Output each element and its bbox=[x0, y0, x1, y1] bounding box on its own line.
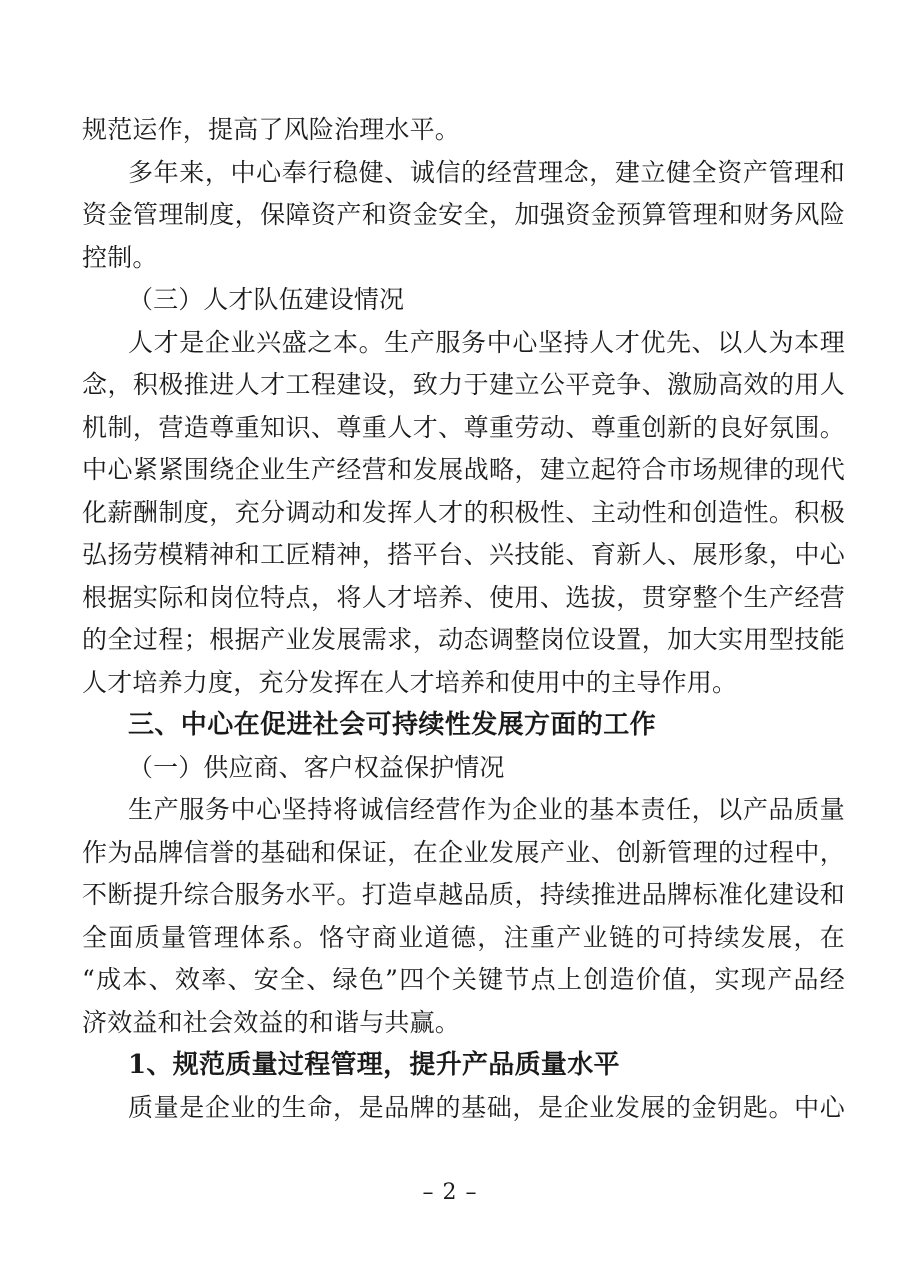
document-page: 规范运作，提高了风险治理水平。 多年来，中心奉行稳健、诚信的经营理念，建立健全资… bbox=[0, 0, 900, 1273]
text-line: 的全过程；根据产业发展需求，动态调整岗位设置，加大实用型技能 bbox=[82, 619, 845, 662]
numbered-heading-quality-management: 1、规范质量过程管理，提升产品质量水平 bbox=[82, 1044, 845, 1087]
text-line: 人才培养力度，充分发挥在人才培养和使用中的主导作用。 bbox=[82, 662, 845, 705]
text-line: 全面质量管理体系。恪守商业道德，注重产业链的可持续发展，在 bbox=[82, 917, 845, 960]
page-number: – 2 – bbox=[0, 1180, 900, 1205]
text-line: 济效益和社会效益的和谐与共赢。 bbox=[82, 1002, 845, 1045]
text-line: 中心紧紧围绕企业生产经营和发展战略，建立起符合市场规律的现代 bbox=[82, 449, 845, 492]
text-line: 不断提升综合服务水平。打造卓越品质，持续推进品牌标准化建设和 bbox=[82, 874, 845, 917]
subsection-heading-talent-team: （三）人才队伍建设情况 bbox=[82, 279, 845, 322]
text-line: 控制。 bbox=[82, 237, 845, 280]
text-line: “成本、效率、安全、绿色”四个关键节点上创造价值，实现产品经 bbox=[82, 959, 845, 1002]
text-line: 资金管理制度，保障资产和资金安全，加强资金预算管理和财务风险 bbox=[82, 194, 845, 237]
text-line: 规范运作，提高了风险治理水平。 bbox=[82, 109, 845, 152]
text-line: 化薪酬制度，充分调动和发挥人才的积极性、主动性和创造性。积极 bbox=[82, 492, 845, 535]
text-line: 弘扬劳模精神和工匠精神，搭平台、兴技能、育新人、展形象，中心 bbox=[82, 534, 845, 577]
text-line: 根据实际和岗位特点，将人才培养、使用、选拔，贯穿整个生产经营 bbox=[82, 577, 845, 620]
text-line: 人才是企业兴盛之本。生产服务中心坚持人才优先、以人为本理 bbox=[82, 322, 845, 365]
section-heading-sustainable-development: 三、中心在促进社会可持续性发展方面的工作 bbox=[82, 704, 845, 747]
text-line: 机制，营造尊重知识、尊重人才、尊重劳动、尊重创新的良好氛围。 bbox=[82, 407, 845, 450]
text-line: 生产服务中心坚持将诚信经营作为企业的基本责任，以产品质量 bbox=[82, 789, 845, 832]
text-line: 念，积极推进人才工程建设，致力于建立公平竞争、激励高效的用人 bbox=[82, 364, 845, 407]
subsection-heading-supplier-customer: （一）供应商、客户权益保护情况 bbox=[82, 747, 845, 790]
text-line: 质量是企业的生命，是品牌的基础，是企业发展的金钥匙。中心 bbox=[82, 1087, 845, 1130]
text-line: 多年来，中心奉行稳健、诚信的经营理念，建立健全资产管理和 bbox=[82, 152, 845, 195]
text-block: 规范运作，提高了风险治理水平。 多年来，中心奉行稳健、诚信的经营理念，建立健全资… bbox=[82, 109, 845, 1129]
text-line: 作为品牌信誉的基础和保证，在企业发展产业、创新管理的过程中， bbox=[82, 832, 845, 875]
